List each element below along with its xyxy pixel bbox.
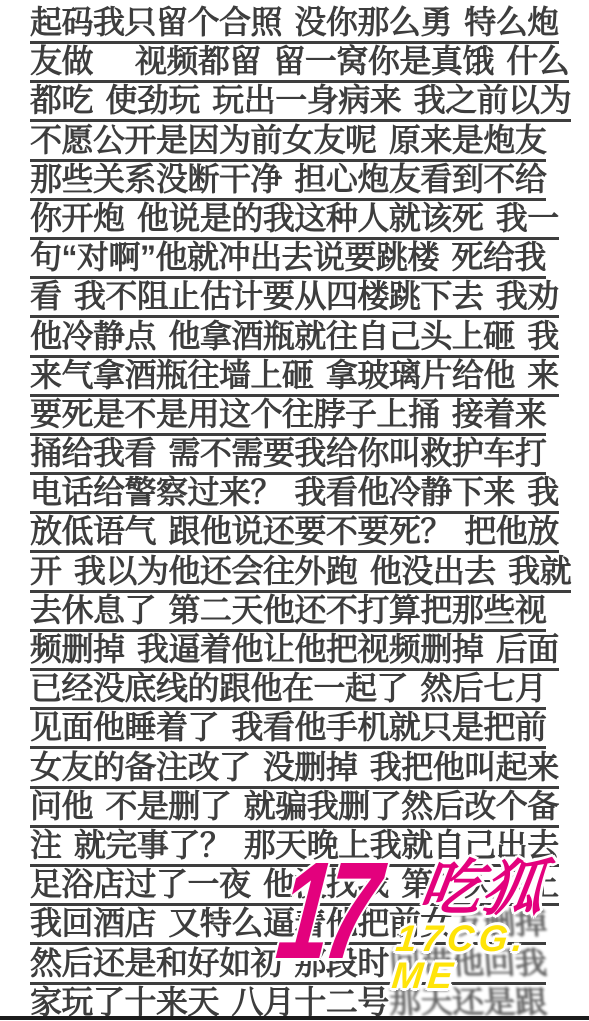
text-line: 已经没底线的跟他在一起了 然后七月 xyxy=(30,669,575,708)
text-segment: 视频都留 留一窝你是真饿 什么 xyxy=(135,43,569,79)
text-segment: 已经没底线的跟他在一起了 然后七月 xyxy=(30,670,546,706)
text-line-content: 捅给我看 需不需要我给你叫救护车打 xyxy=(30,435,546,475)
watermark-17-logo: 17 xyxy=(271,842,381,980)
text-line: 去休息了 第二天他还不打算把那些视 xyxy=(30,591,575,630)
text-line-content: 电话给警察过来？ 我看他冷静下来 我 xyxy=(30,474,559,514)
text-line: 来气拿酒瓶往墙上砸 拿玻璃片给他 来 xyxy=(30,356,575,395)
text-line: 问他 不是删了 就骗我删了然后改个备 xyxy=(30,787,575,826)
text-line-content: 放低语气 跟他说还要不要死？ 把他放 xyxy=(30,513,559,553)
text-line-content: 见面他睡着了 我看他手机就只是把前 xyxy=(30,709,546,749)
text-line: 起码我只留个合照 没你那么勇 特么炮 xyxy=(30,3,575,42)
bottom-edge-line xyxy=(0,1016,589,1020)
text-segment: 电话给警察过来？ 我看他冷静下来 我 xyxy=(30,474,559,510)
text-segment: 放低语气 跟他说还要不要死？ 把他放 xyxy=(30,513,559,549)
text-segment: 去休息了 第二天他还不打算把那些视 xyxy=(30,592,546,628)
text-line-content: 句“对啊”他就冲出去说要跳楼 死给我 xyxy=(30,239,546,279)
text-line-content: 看 我不阻止估计要从四楼跳下去 我劝 xyxy=(30,278,559,318)
text-line-content: 他冷静点 他拿酒瓶就往自己头上砸 我 xyxy=(30,318,559,358)
text-segment: 女友的备注改了 没删掉 我把他叫起来 xyxy=(30,749,559,785)
text-segment: 问他 不是删了 就骗我删了然后改个备 xyxy=(30,788,559,824)
text-line: 电话给警察过来？ 我看他冷静下来 我 xyxy=(30,473,575,512)
text-segment: 开 我以为他还会往外跑 他没出去 我就 xyxy=(30,553,571,589)
text-segment: 见面他睡着了 我看他手机就只是把前 xyxy=(30,709,546,745)
text-line: 那些关系没断干净 担心炮友看到不给 xyxy=(30,160,575,199)
text-segment: 要死是不是用这个往脖子上捅 接着来 xyxy=(30,396,546,432)
text-segment: 来气拿酒瓶往墙上砸 拿玻璃片给他 来 xyxy=(30,357,559,393)
text-line-content: 友做 视频都留 留一窝你是真饿 什么 xyxy=(30,43,569,83)
text-line: 你开炮 他说是的我这种人就该死 我一 xyxy=(30,199,575,238)
text-line: 句“对啊”他就冲出去说要跳楼 死给我 xyxy=(30,238,575,277)
text-line-content: 女友的备注改了 没删掉 我把他叫起来 xyxy=(30,749,559,789)
text-line: 看 我不阻止估计要从四楼跳下去 我劝 xyxy=(30,277,575,316)
text-line: 放低语气 跟他说还要不要死？ 把他放 xyxy=(30,512,575,551)
text-line: 都吃 使劲玩 玩出一身病来 我之前以为 xyxy=(30,81,575,120)
text-segment: 频删掉 我逼着他让他把视频删掉 后面 xyxy=(30,631,559,667)
text-line-content: 那些关系没断干净 担心炮友看到不给 xyxy=(30,161,546,201)
text-line: 频删掉 我逼着他让他把视频删掉 后面 xyxy=(30,630,575,669)
text-line: 不愿公开是因为前女友呢 原来是炮友 xyxy=(30,121,575,160)
text-segment: 我回酒店 又特么逼着他把前女 xyxy=(30,905,452,941)
text-segment: 看 我不阻止估计要从四楼跳下去 我劝 xyxy=(30,278,559,314)
watermark-brand-name: 吃狐 xyxy=(415,858,550,919)
text-segment: 家玩了十来天 八月十二号 xyxy=(30,984,389,1020)
text-line: 开 我以为他还会往外跑 他没出去 我就 xyxy=(30,552,575,591)
text-line: 见面他睡着了 我看他手机就只是把前 xyxy=(30,708,575,747)
text-line-content: 要死是不是用这个往脖子上捅 接着来 xyxy=(30,396,546,436)
text-line-content: 起码我只留个合照 没你那么勇 特么炮 xyxy=(30,4,559,44)
text-segment: 不愿公开是因为前女友呢 原来是炮友 xyxy=(30,122,546,158)
text-segment: 他冷静点 他拿酒瓶就往自己头上砸 我 xyxy=(30,318,559,354)
text-line: 他冷静点 他拿酒瓶就往自己头上砸 我 xyxy=(30,317,575,356)
text-segment: 都吃 使劲玩 玩出一身病来 我之前以为 xyxy=(30,82,571,118)
watermark-site-url: 17CG. ME xyxy=(390,920,589,994)
text-line-content: 频删掉 我逼着他让他把视频删掉 后面 xyxy=(30,631,559,671)
text-line: 捅给我看 需不需要我给你叫救护车打 xyxy=(30,434,575,473)
text-line-content: 来气拿酒瓶往墙上砸 拿玻璃片给他 来 xyxy=(30,357,559,397)
text-line: 友做 视频都留 留一窝你是真饿 什么 xyxy=(30,42,575,81)
text-segment: 句“对啊”他就冲出去说要跳楼 死给我 xyxy=(30,239,546,275)
text-line-content: 不愿公开是因为前女友呢 原来是炮友 xyxy=(30,122,546,162)
red-heart-icon xyxy=(94,42,134,76)
text-line-content: 问他 不是删了 就骗我删了然后改个备 xyxy=(30,788,559,828)
text-segment: 捅给我看 需不需要我给你叫救护车打 xyxy=(30,435,546,471)
text-segment: 你开炮 他说是的我这种人就该死 我一 xyxy=(30,200,559,236)
text-line-content: 你开炮 他说是的我这种人就该死 我一 xyxy=(30,200,559,240)
text-segment: 起码我只留个合照 没你那么勇 特么炮 xyxy=(30,4,559,40)
text-line: 女友的备注改了 没删掉 我把他叫起来 xyxy=(30,748,575,787)
text-line-content: 去休息了 第二天他还不打算把那些视 xyxy=(30,592,546,632)
text-segment: 友做 xyxy=(30,43,93,79)
text-line-content: 都吃 使劲玩 玩出一身病来 我之前以为 xyxy=(30,82,571,122)
text-line: 要死是不是用这个往脖子上捅 接着来 xyxy=(30,395,575,434)
text-segment: 那些关系没断干净 担心炮友看到不给 xyxy=(30,161,546,197)
text-line-content: 已经没底线的跟他在一起了 然后七月 xyxy=(30,670,546,710)
text-line-content: 开 我以为他还会往外跑 他没出去 我就 xyxy=(30,553,571,593)
